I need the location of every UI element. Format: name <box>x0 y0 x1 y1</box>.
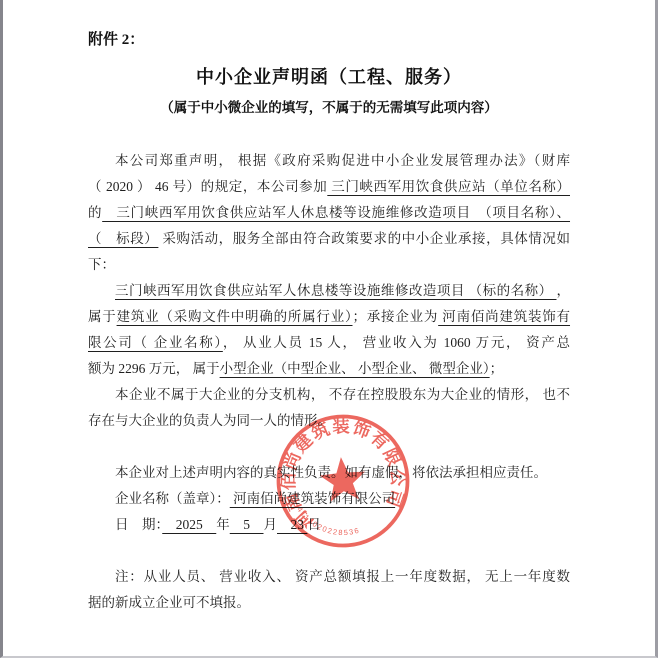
document-body: 本公司郑重声明， 根据《政府采购促进中小企业发展管理办法》（财库（ 2020 ）… <box>88 148 570 616</box>
text-line: 企业名称（盖章）： 河南佰尚建筑装饰有限公司 <box>88 486 570 512</box>
filled-blank: （ 标段） <box>88 231 158 246</box>
filled-blank: 限公司（ 企业名称） <box>88 335 223 350</box>
blank-line <box>88 434 570 460</box>
text-line: 额为 2296 万元， 属于小型企业（中型企业、 小型企业、 微型企业）； <box>88 356 570 382</box>
text-segment: 采购活动，服务全部由符合政策要求的中小企业承接，具体情况如 <box>158 231 570 246</box>
text-segment: 日 <box>307 517 321 532</box>
text-line: 本公司郑重声明， 根据《政府采购促进中小企业发展管理办法》（财库 <box>88 148 570 174</box>
text-segment: 额为 2296 万元， 属于 <box>88 361 220 376</box>
filled-blank: 三门峡西军用饮食供应站（单位名称） <box>327 179 570 194</box>
text-line: 三门峡西军用饮食供应站军人休息楼等设施维修改造项目 （标的名称） ， <box>88 278 570 304</box>
text-line: 本企业对上述声明内容的真实性负责。如有虚假，将依法承担相应责任。 <box>88 460 570 486</box>
filled-blank: 三门峡西军用饮食供应站军人休息楼等设施维修改造项目 （标的名称） <box>115 283 557 298</box>
attachment-label: 附件 2： <box>88 28 570 49</box>
text-line: 本企业不属于大企业的分支机构， 不存在控股股东为大企业的情形， 也不 <box>88 382 570 408</box>
text-line: 限公司（ 企业名称）， 从业人员 15 人， 营业收入为 1060 万元， 资产… <box>88 330 570 356</box>
text-segment: （ 2020 ） 46 号）的规定，本公司参加 <box>88 179 327 194</box>
filled-blank: 小型企业（中型企业、 小型企业、 微型企业） <box>220 361 490 376</box>
text-segment: ； <box>490 361 504 376</box>
text-line: 下： <box>88 252 570 278</box>
filled-blank: 5 <box>230 517 264 532</box>
text-line: 注：从业人员、 营业收入、 资产总额填报上一年度数据， 无上一年度数 <box>88 564 570 590</box>
text-line: （ 标段） 采购活动，服务全部由符合政策要求的中小企业承接，具体情况如 <box>88 226 570 252</box>
text-segment: 的 <box>88 205 102 220</box>
filled-blank: 河南佰尚建筑装饰有 <box>438 309 570 324</box>
text-segment: 本公司郑重声明， 根据《政府采购促进中小企业发展管理办法》（财库 <box>115 153 570 168</box>
text-line: 属于建筑业（采购文件中明确的所属行业）；承接企业为 河南佰尚建筑装饰有 <box>88 304 570 330</box>
text-segment: 注：从业人员、 营业收入、 资产总额填报上一年度数据， 无上一年度数 <box>115 569 570 584</box>
filled-blank: 河南佰尚建筑装饰有限公司 <box>230 491 395 506</box>
document-title: 中小企业声明函（工程、服务） <box>88 63 570 89</box>
text-segment: 据的新成立企业可不填报。 <box>88 595 250 610</box>
text-segment: 下： <box>88 257 115 272</box>
text-segment: 月 <box>264 517 278 532</box>
text-segment: ；承接企业为 <box>353 309 439 324</box>
filled-blank: 建筑业（采购文件中明确的所属行业） <box>117 309 353 324</box>
text-segment: 本企业不属于大企业的分支机构， 不存在控股股东为大企业的情形， 也不 <box>115 387 570 402</box>
text-line: 的 三门峡西军用饮食供应站军人休息楼等设施维修改造项目 （项目名称）、 <box>88 200 570 226</box>
text-line: 据的新成立企业可不填报。 <box>88 590 570 616</box>
text-line: （ 2020 ） 46 号）的规定，本公司参加 三门峡西军用饮食供应站（单位名称… <box>88 174 570 200</box>
text-segment: 属于 <box>88 309 117 324</box>
text-segment: 存在与大企业的负责人为同一人的情形。 <box>88 413 331 428</box>
text-line: 日 期： 2025 年 5 月 23 日 <box>88 512 570 538</box>
text-segment: 企业名称（盖章）： <box>115 491 230 506</box>
text-segment: 本企业对上述声明内容的真实性负责。如有虚假，将依法承担相应责任。 <box>115 465 547 480</box>
filled-blank: 23 <box>277 517 307 532</box>
document-subtitle: （属于中小微企业的填写，不属于的无需填写此项内容） <box>88 96 570 116</box>
text-segment: 日 期： <box>115 517 162 532</box>
text-segment: ， 从业人员 15 人， 营业收入为 1060 万元， 资产总 <box>223 335 570 350</box>
text-line: 存在与大企业的负责人为同一人的情形。 <box>88 408 570 434</box>
filled-blank: 2025 <box>162 517 216 532</box>
document-page: 附件 2： 中小企业声明函（工程、服务） （属于中小微企业的填写，不属于的无需填… <box>0 0 658 658</box>
filled-blank: 三门峡西军用饮食供应站军人休息楼等设施维修改造项目 （项目名称）、 <box>102 205 570 220</box>
text-segment: ， <box>557 283 571 298</box>
text-segment: 年 <box>216 517 230 532</box>
blank-line <box>88 538 570 564</box>
